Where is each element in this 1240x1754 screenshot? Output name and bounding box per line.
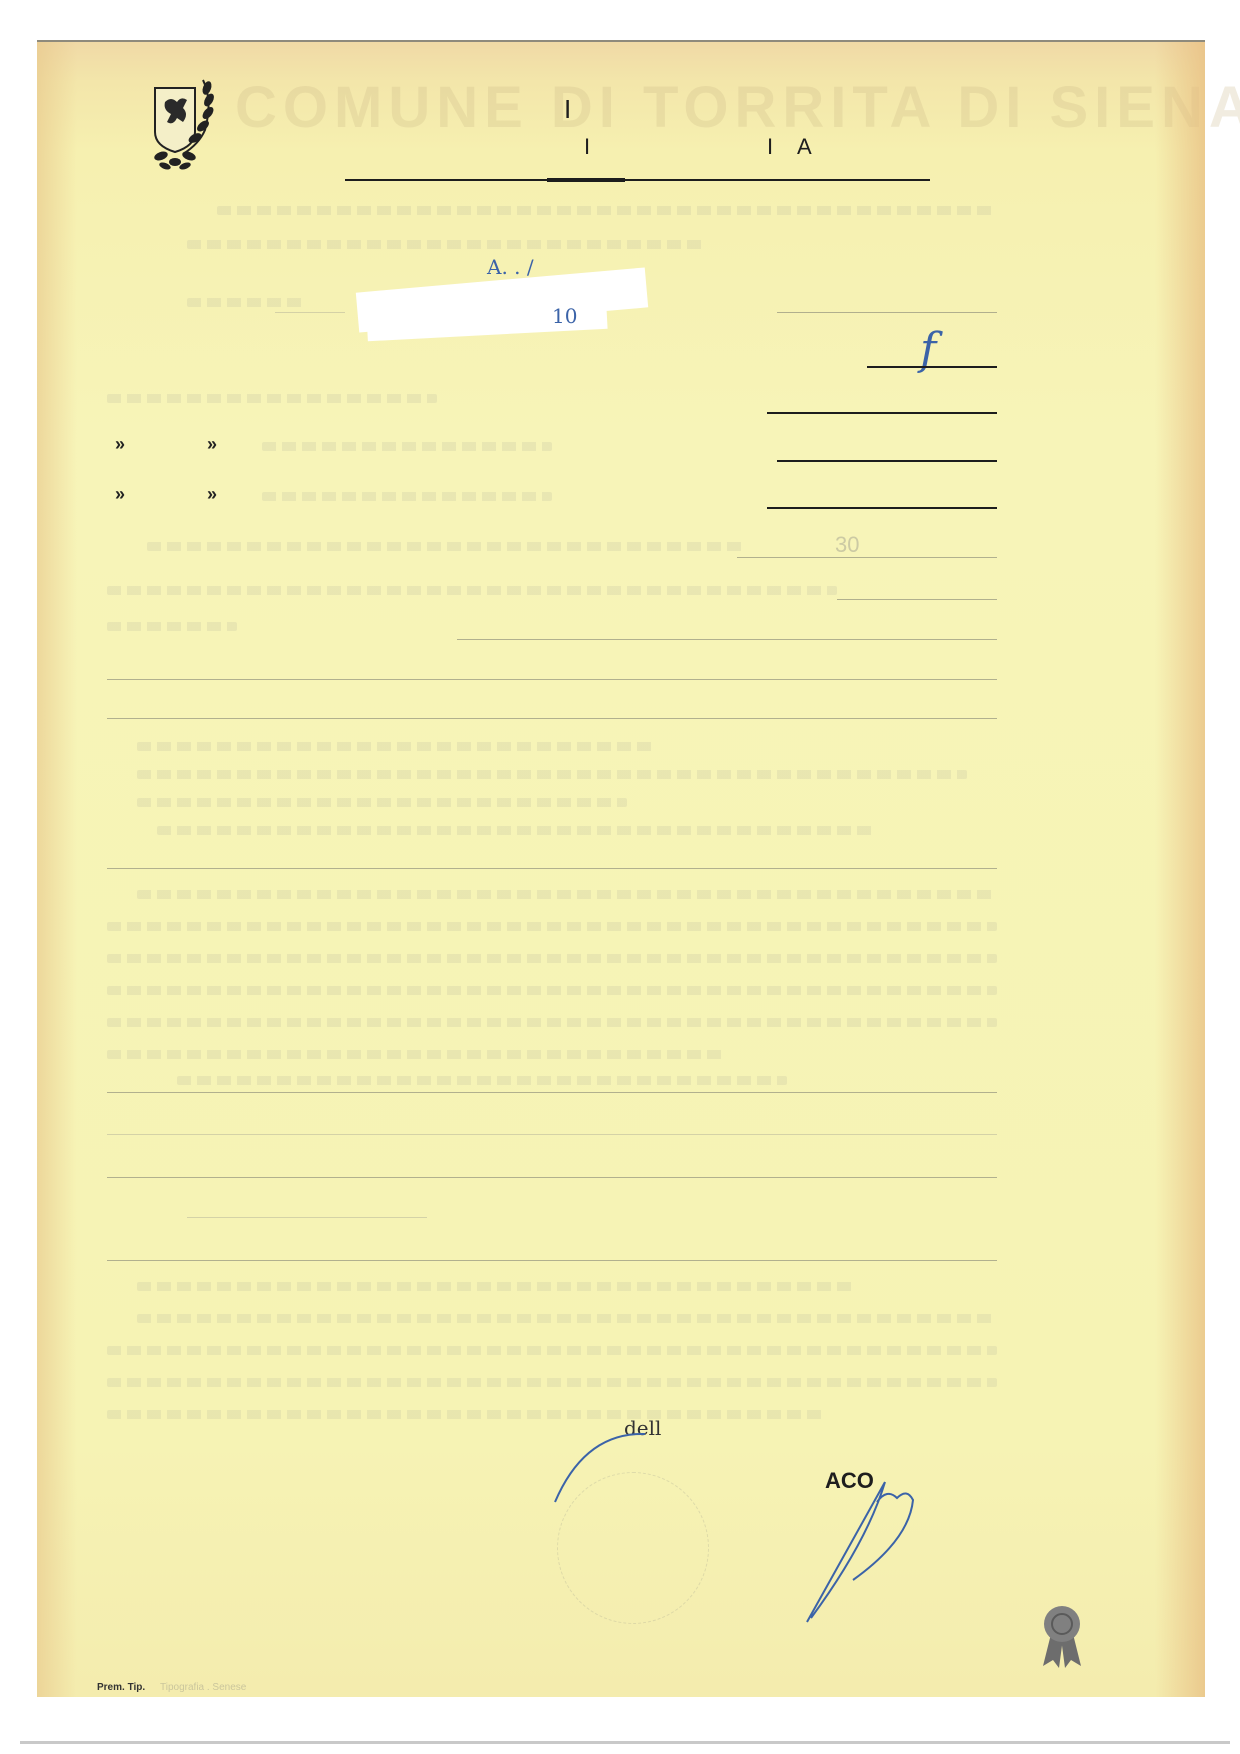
illegible-text-line [147,542,747,551]
signature-stroke [797,1472,917,1632]
document-page: COMUNE DI TORRITA DI SIENA I I I A [37,40,1205,1697]
handwritten-number: 10 [552,304,577,328]
illegible-text-line [187,240,707,249]
illegible-text-line [107,622,237,631]
field-rule [867,366,997,368]
illegible-text-line [107,1346,997,1355]
field-rule [107,1092,997,1093]
printer-name: Tipografia . Senese [160,1682,246,1693]
field-rule [777,312,997,313]
page-edge-shadow [20,1741,1230,1744]
field-rule [107,1177,997,1178]
field-rule [107,718,997,719]
field-rule [767,412,997,414]
handwritten-annotation: A. . / [487,255,534,279]
illegible-text-line [137,890,997,899]
ditto-mark: » [115,484,125,505]
illegible-text-line [262,442,552,451]
rosette-seal-icon [1037,1602,1087,1672]
header-mark: I [564,94,571,125]
field-rule [457,639,997,640]
date-day: 30 [835,532,859,558]
illegible-text-line [217,206,997,215]
field-rule [107,679,997,680]
field-rule [767,507,997,509]
field-rule [777,460,997,462]
field-rule [107,1134,997,1135]
field-rule [837,599,997,600]
illegible-text-line [107,586,837,595]
ditto-mark: » [207,484,217,505]
header-mark: A [797,134,812,160]
field-rule [275,312,345,313]
illegible-text-line [137,1314,997,1323]
illegible-text-line [137,742,657,751]
header-mark: I [584,134,590,160]
ditto-mark: » [115,434,125,455]
illegible-text-line [137,798,627,807]
field-rule [107,1260,997,1261]
field-rule [737,557,997,558]
municipality-title: COMUNE DI TORRITA DI SIENA [235,74,1240,141]
illegible-text-line [107,1378,997,1387]
printer-label: Prem. Tip. [97,1682,145,1693]
illegible-text-line [107,954,997,963]
illegible-text-line [107,394,437,403]
stamp-arc-stroke [545,1422,655,1512]
illegible-text-line [157,826,877,835]
ditto-mark: » [207,434,217,455]
illegible-text-line [262,492,552,501]
coat-of-arms-icon [137,60,237,180]
illegible-text-line [107,1050,727,1059]
illegible-text-line [107,1018,997,1027]
header-rule [345,179,930,181]
illegible-text-line [107,922,997,931]
field-rule [107,868,997,869]
field-rule [187,1217,427,1218]
illegible-text-line [177,1076,787,1085]
illegible-text-line [137,770,967,779]
illegible-text-line [187,298,307,307]
header-rule-accent [547,178,625,182]
illegible-text-line [137,1282,857,1291]
illegible-text-line [107,1410,827,1419]
header-mark: I [767,134,773,160]
illegible-text-line [107,986,997,995]
